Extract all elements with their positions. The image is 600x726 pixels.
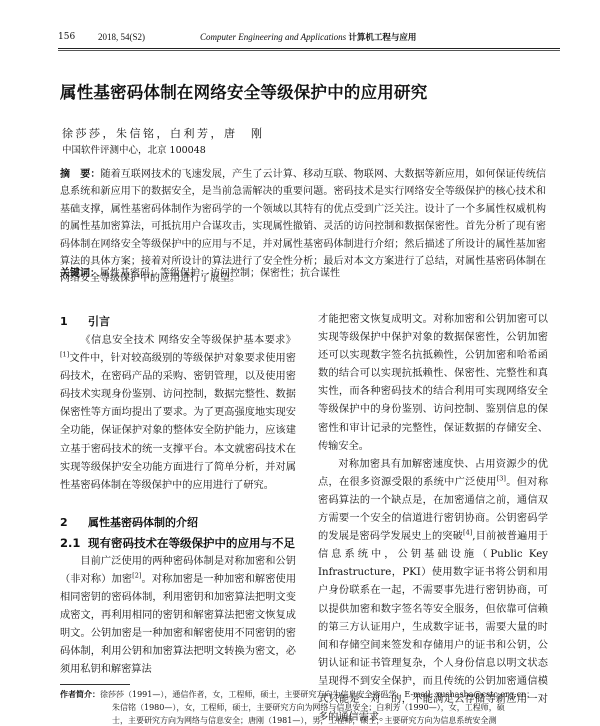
right-column: 才能把密文恢复成明文。对称加密和公钥加密可以实现等级保护中保护对象的数据保密性，… [318,311,548,726]
abstract-label: 摘 要： [60,169,101,180]
text-run: 文件中，针对较高级别的等级保护对象要求使用密码技术，在密码产品的采购、密钥管理，… [60,353,296,491]
citation-ref[interactable]: [4] [463,529,472,537]
section-number: 2.1 [60,533,88,553]
journal-name-cn: 计算机工程与应用 [348,33,416,43]
header-rule [58,48,560,49]
section-title: 属性基密码体制的介绍 [88,516,198,529]
footnote-line-2: 朱信铭（1980—），女，工程师，硕士，主要研究方向为网络与信息安全；白利芳（1… [60,701,550,714]
keywords-text: 属性基密码；等级保护；访问控制；保密性；抗合谋性 [100,268,340,279]
journal-name: Computer Engineering and Applications 计算… [200,30,416,45]
author-list: 徐莎莎，朱信铭，白利芳，唐 刚 [62,125,265,141]
text-run: 。对称加密是一种加密和解密使用相同密钥的密码体制，利用密钥和加密算法把明文变成密… [60,574,296,675]
footnote-line-1: 徐莎莎（1991—），通信作者，女，工程师，硕士，主要研究方向为信息安全密码学，… [100,690,534,699]
section-1-heading: 1引言 [60,312,296,332]
symmetric-encryption-paragraph: 对称加密具有加解密速度快、占用资源少的优点，在很多资源受限的系统中广泛使用[3]… [318,456,548,726]
left-column: 1引言 《信息安全技术 网络安全等级保护基本要求》[1]文件中，针对较高级别的等… [60,312,296,680]
continued-paragraph: 才能把密文恢复成明文。对称加密和公钥加密可以实现等级保护中保护对象的数据保密性，… [318,311,548,456]
footnote-line-3: 士，主要研究方向为网络与信息安全；唐刚（1981—），男，工程师，硕士，主要研究… [60,714,550,726]
header-rule-secondary [58,50,560,51]
page-number: 156 [58,30,75,44]
section-title: 引言 [88,315,110,328]
citation-ref[interactable]: [3] [497,474,506,482]
section-number: 2 [60,513,88,533]
citation-ref[interactable]: [2] [132,572,141,580]
keywords-label: 关键词： [60,268,100,279]
footnote-label: 作者简介： [60,690,100,699]
section-2-1-heading: 2.1现有密码技术在等级保护中的应用与不足 [60,533,296,553]
section-title: 现有密码技术在等级保护中的应用与不足 [88,536,295,550]
citation-ref[interactable]: [1] [60,351,69,359]
running-header: 156 2018, 54(S2) Computer Engineering an… [58,30,560,44]
text-run: 《信息安全技术 网络安全等级保护基本要求》 [80,335,296,346]
section-2-1-paragraph: 目前广泛使用的两种密码体制是对称加密和公钥（非对称）加密[2]。对称加密是一种加… [60,553,296,680]
volume-issue: 2018, 54(S2) [98,30,145,44]
section-number: 1 [60,312,88,332]
spacer [60,495,296,513]
paper-title: 属性基密码体制在网络安全等级保护中的应用研究 [60,79,560,103]
affiliation: 中国软件评测中心，北京 100048 [62,142,206,156]
section-2-heading: 2属性基密码体制的介绍 [60,513,296,533]
author-footnote: 作者简介：徐莎莎（1991—），通信作者，女，工程师，硕士，主要研究方向为信息安… [60,688,550,726]
section-1-paragraph: 《信息安全技术 网络安全等级保护基本要求》[1]文件中，针对较高级别的等级保护对… [60,332,296,495]
footnote-rule [60,684,130,685]
journal-name-en: Computer Engineering and Applications [200,32,346,42]
keywords: 关键词：属性基密码；等级保护；访问控制；保密性；抗合谋性 [60,266,546,282]
